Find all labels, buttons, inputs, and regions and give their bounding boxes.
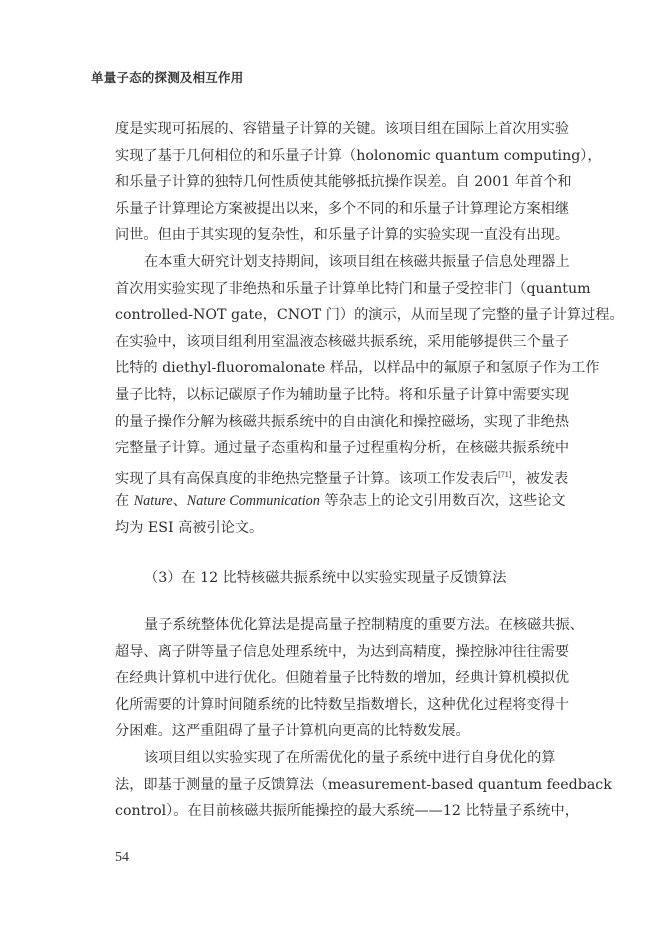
paragraph-1: 度是实现可拓展的、容错量子计算的关键。该项目组在国际上首次用实验 实现了基于几何… xyxy=(115,116,553,249)
text-line: 实现了基于几何相位的和乐量子计算（holonomic quantum compu… xyxy=(115,143,553,170)
text-segment: 实现了具有高保真度的非绝热完整量子计算。该项工作发表后 xyxy=(115,471,498,487)
section-heading: （3）在 12 比特核磁共振系统中以实验实现量子反馈算法 xyxy=(115,565,553,592)
text-line: 比特的 diethyl-fluoromalonate 样品，以样品中的氟原子和氢… xyxy=(115,355,553,382)
text-line-with-citation: 实现了具有高保真度的非绝热完整量子计算。该项工作发表后[71]，被发表 xyxy=(115,462,553,489)
journal-name: Nature Communication xyxy=(187,493,320,509)
text-line: 化所需要的计算时间随系统的比特数呈指数增长，这种优化过程将变得十 xyxy=(115,692,553,719)
citation-ref: [71] xyxy=(498,470,511,479)
text-line: 和乐量子计算的独特几何性质使其能够抵抗操作误差。自 2001 年首个和 xyxy=(115,169,553,196)
text-line: 分困难。这严重阻碍了量子计算机向更高的比特数发展。 xyxy=(115,718,553,745)
text-line-with-journals: 在 Nature、Nature Communication 等杂志上的论文引用数… xyxy=(115,488,553,515)
text-line: 量子系统整体优化算法是提高量子控制精度的重要方法。在核磁共振、 xyxy=(115,612,553,639)
paragraph-2: 在本重大研究计划支持期间，该项目组在核磁共振量子信息处理器上 首次用实验实现了非… xyxy=(115,249,553,542)
text-line: 在本重大研究计划支持期间，该项目组在核磁共振量子信息处理器上 xyxy=(115,249,553,276)
text-line: 乐量子计算理论方案被提出以来，多个不同的和乐量子计算理论方案相继 xyxy=(115,196,553,223)
text-line: 法，即基于测量的量子反馈算法（measurement-based quantum… xyxy=(115,772,553,799)
text-line: 完整量子计算。通过量子态重构和量子过程重构分析，在核磁共振系统中 xyxy=(115,435,553,462)
journal-name: Nature xyxy=(134,493,173,509)
text-segment: 等杂志上的论文引用数百次，这些论文 xyxy=(320,493,566,509)
paragraph-4: 该项目组以实验实现了在所需优化的量子系统中进行自身优化的算 法，即基于测量的量子… xyxy=(115,745,553,825)
text-line: control）。在目前核磁共振所能操控的最大系统——12 比特量子系统中， xyxy=(115,798,553,825)
text-line: 度是实现可拓展的、容错量子计算的关键。该项目组在国际上首次用实验 xyxy=(115,116,553,143)
text-line: 的量子操作分解为核磁共振系统中的自由演化和操控磁场，实现了非绝热 xyxy=(115,409,553,436)
text-line: controlled-NOT gate，CNOT 门）的演示，从而呈现了完整的量… xyxy=(115,302,553,329)
running-head: 单量子态的探测及相互作用 xyxy=(91,68,243,86)
text-segment: ，被发表 xyxy=(511,471,568,487)
text-line: 首次用实验实现了非绝热和乐量子计算单比特门和量子受控非门（quantum xyxy=(115,276,553,303)
text-line: 该项目组以实验实现了在所需优化的量子系统中进行自身优化的算 xyxy=(115,745,553,772)
text-line: 超导、离子阱等量子信息处理系统中，为达到高精度，操控脉冲往往需要 xyxy=(115,639,553,666)
text-segment: 在 xyxy=(115,493,134,509)
text-line: 在实验中，该项目组利用室温液态核磁共振系统，采用能够提供三个量子 xyxy=(115,329,553,356)
paragraph-3: 量子系统整体优化算法是提高量子控制精度的重要方法。在核磁共振、 超导、离子阱等量… xyxy=(115,612,553,745)
text-line: 量子比特，以标记碳原子作为辅助量子比特。将和乐量子计算中需要实现 xyxy=(115,382,553,409)
body-text: 度是实现可拓展的、容错量子计算的关键。该项目组在国际上首次用实验 实现了基于几何… xyxy=(115,116,553,825)
text-line: 问世。但由于其实现的复杂性，和乐量子计算的实验实现一直没有出现。 xyxy=(115,222,553,249)
separator: 、 xyxy=(173,493,187,509)
page-number: 54 xyxy=(115,850,129,866)
text-line: 在经典计算机中进行优化。但随着量子比特数的增加，经典计算机模拟优 xyxy=(115,665,553,692)
text-line: 均为 ESI 高被引论文。 xyxy=(115,515,553,542)
